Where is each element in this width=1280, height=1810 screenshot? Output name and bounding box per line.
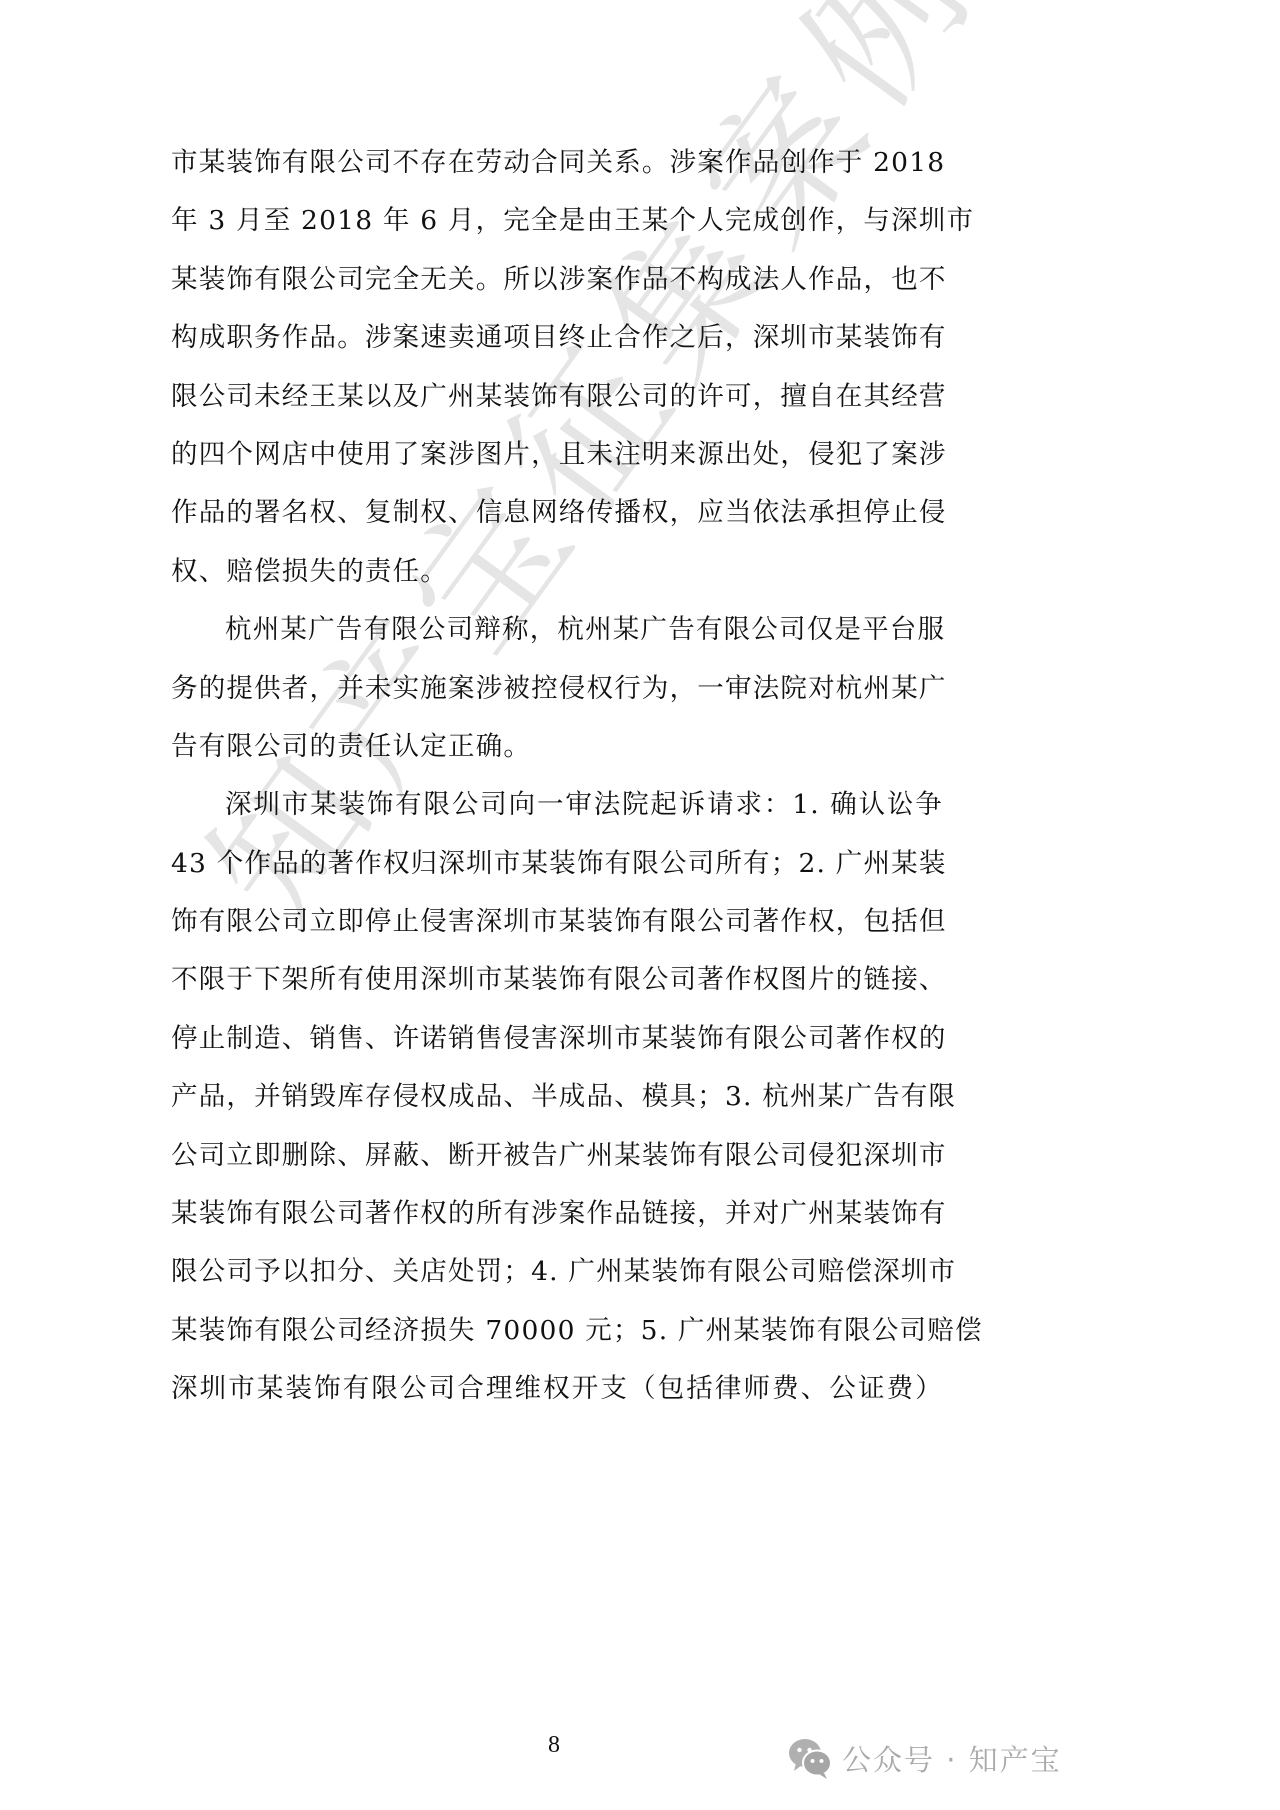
text-line: 务的提供者，并未实施案涉被控侵权行为，一审法院对杭州某广 bbox=[171, 660, 943, 718]
paragraph-1: 市某装饰有限公司不存在劳动合同关系。涉案作品创作于 2018 年 3 月至 20… bbox=[171, 134, 943, 601]
document-page: 知产宝征集案例 市某装饰有限公司不存在劳动合同关系。涉案作品创作于 2018 年… bbox=[0, 0, 1280, 1810]
text-line: 作品的署名权、复制权、信息网络传播权，应当依法承担停止侵 bbox=[171, 484, 943, 542]
text-line: 构成职务作品。涉案速卖通项目终止合作之后，深圳市某装饰有 bbox=[171, 309, 943, 367]
text-line: 某装饰有限公司完全无关。所以涉案作品不构成法人作品，也不 bbox=[171, 251, 943, 309]
text-line: 产品，并销毁库存侵权成品、半成品、模具；3. 杭州某广告有限 bbox=[171, 1068, 943, 1126]
paragraph-2: 杭州某广告有限公司辩称，杭州某广告有限公司仅是平台服 务的提供者，并未实施案涉被… bbox=[171, 601, 943, 776]
text-line: 权、赔偿损失的责任。 bbox=[171, 543, 943, 601]
text-line: 某装饰有限公司著作权的所有涉案作品链接，并对广州某装饰有 bbox=[171, 1185, 943, 1243]
text-line: 市某装饰有限公司不存在劳动合同关系。涉案作品创作于 2018 bbox=[171, 134, 943, 192]
paragraph-3: 深圳市某装饰有限公司向一审法院起诉请求：1. 确认讼争 43 个作品的著作权归深… bbox=[171, 776, 943, 1418]
wechat-account-badge[interactable]: 公众号 · 知产宝 bbox=[788, 1735, 1062, 1781]
text-line: 饰有限公司立即停止侵害深圳市某装饰有限公司著作权，包括但 bbox=[171, 893, 943, 951]
text-line: 限公司予以扣分、关店处罚；4. 广州某装饰有限公司赔偿深圳市 bbox=[171, 1243, 943, 1301]
text-line: 告有限公司的责任认定正确。 bbox=[171, 718, 943, 776]
text-line: 限公司未经王某以及广州某装饰有限公司的许可，擅自在其经营 bbox=[171, 368, 943, 426]
text-line: 杭州某广告有限公司辩称，杭州某广告有限公司仅是平台服 bbox=[171, 601, 943, 659]
text-line: 深圳市某装饰有限公司合理维权开支（包括律师费、公证费） bbox=[171, 1360, 943, 1418]
text-line: 年 3 月至 2018 年 6 月，完全是由王某个人完成创作，与深圳市 bbox=[171, 192, 943, 250]
badge-label: 公众号 · 知产宝 bbox=[842, 1738, 1062, 1779]
text-line: 43 个作品的著作权归深圳市某装饰有限公司所有；2. 广州某装 bbox=[171, 835, 943, 893]
text-line: 公司立即删除、屏蔽、断开被告广州某装饰有限公司侵犯深圳市 bbox=[171, 1127, 943, 1185]
page-number: 8 bbox=[548, 1732, 560, 1759]
wechat-icon bbox=[788, 1736, 834, 1780]
text-line: 不限于下架所有使用深圳市某装饰有限公司著作权图片的链接、 bbox=[171, 951, 943, 1009]
text-line: 的四个网店中使用了案涉图片，且未注明来源出处，侵犯了案涉 bbox=[171, 426, 943, 484]
text-line: 停止制造、销售、许诺销售侵害深圳市某装饰有限公司著作权的 bbox=[171, 1010, 943, 1068]
text-line: 某装饰有限公司经济损失 70000 元；5. 广州某装饰有限公司赔偿 bbox=[171, 1302, 943, 1360]
document-body: 市某装饰有限公司不存在劳动合同关系。涉案作品创作于 2018 年 3 月至 20… bbox=[171, 134, 943, 1419]
text-line: 深圳市某装饰有限公司向一审法院起诉请求：1. 确认讼争 bbox=[171, 776, 943, 834]
